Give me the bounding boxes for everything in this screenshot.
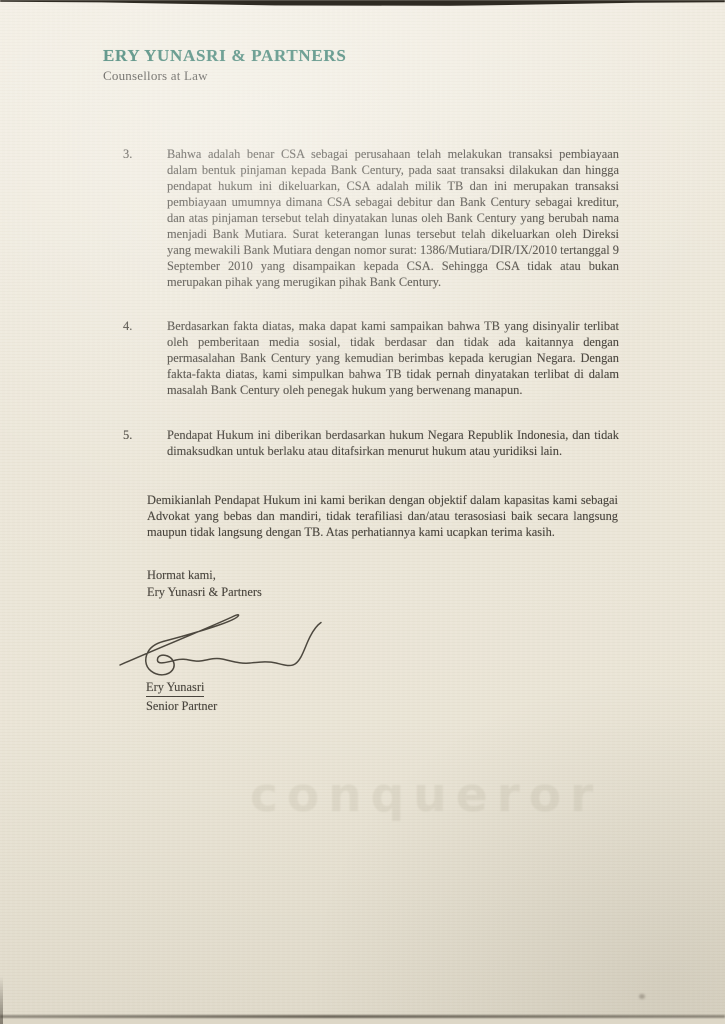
sign-off-block: Hormat kami, Ery Yunasri & Partners	[147, 567, 262, 601]
signatory-block: Ery Yunasri Senior Partner	[146, 680, 217, 714]
paper-bottom-strip	[0, 1017, 725, 1024]
signature-scribble	[106, 602, 336, 697]
letterhead: ERY YUNASRI & PARTNERS Counsellors at La…	[103, 46, 347, 84]
signatory-title: Senior Partner	[146, 699, 217, 714]
numbered-paragraph: 4. Berdasarkan fakta diatas, maka dapat …	[123, 318, 619, 398]
paper-left-edge	[0, 976, 3, 1024]
paragraph-number: 3.	[123, 146, 167, 290]
paragraph-text: Berdasarkan fakta diatas, maka dapat kam…	[167, 318, 619, 398]
paragraph-number: 5.	[123, 427, 167, 459]
firm-tagline: Counsellors at Law	[103, 68, 347, 84]
paragraph-text: Pendapat Hukum ini diberikan berdasarkan…	[167, 427, 619, 459]
scanned-letter-page: conqueror ERY YUNASRI & PARTNERS Counsel…	[0, 0, 725, 1024]
paper-bottom-edge	[0, 1015, 725, 1018]
paper-watermark: conqueror	[250, 768, 602, 823]
signatory-name: Ery Yunasri	[146, 680, 204, 697]
closing-salutation: Hormat kami,	[147, 567, 262, 584]
paragraph-text: Bahwa adalah benar CSA sebagai perusahaa…	[167, 146, 619, 290]
paper-top-edge	[0, 0, 725, 6]
paper-speck	[639, 994, 645, 999]
signature-firm-line: Ery Yunasri & Partners	[147, 584, 262, 601]
numbered-paragraph: 5. Pendapat Hukum ini diberikan berdasar…	[123, 427, 619, 459]
paragraph-number: 4.	[123, 318, 167, 398]
numbered-paragraph: 3. Bahwa adalah benar CSA sebagai perusa…	[123, 146, 619, 290]
closing-paragraph: Demikianlah Pendapat Hukum ini kami beri…	[147, 492, 618, 540]
firm-name: ERY YUNASRI & PARTNERS	[103, 46, 347, 66]
